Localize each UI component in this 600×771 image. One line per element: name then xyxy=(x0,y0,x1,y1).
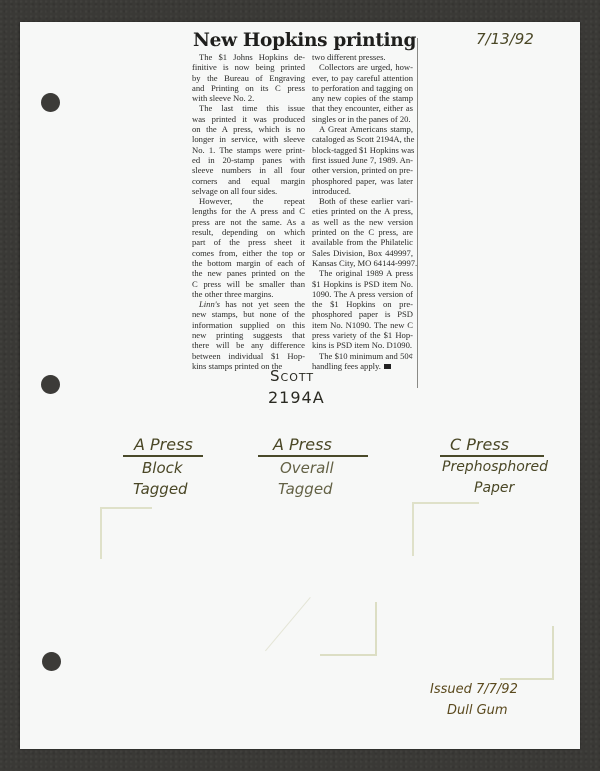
article-paragraph: Collectors are urged, how-ever, to pay c… xyxy=(312,62,413,124)
end-mark-icon xyxy=(384,364,391,369)
article-paragraph: The last time this issuewas printed it w… xyxy=(192,103,305,196)
clip-date: 7/13/92 xyxy=(476,30,534,48)
article-column-1: The $1 Johns Hopkins de-finitive is now … xyxy=(192,52,305,371)
article-paragraph: The $1 Johns Hopkins de-finitive is now … xyxy=(192,52,305,103)
article-paragraph: two different presses. xyxy=(312,52,413,62)
binder-hole-icon xyxy=(41,93,60,112)
catalog-number: 2194A xyxy=(268,388,325,407)
article-paragraph: Linn's has not yet seen thenew stamps, b… xyxy=(192,299,305,371)
binder-hole-icon xyxy=(41,375,60,394)
binder-hole-icon xyxy=(42,652,61,671)
slot-1-heading: A Press xyxy=(134,435,193,454)
article-paragraph: However, the repeatlengths for the A pre… xyxy=(192,196,305,299)
slot-3-line2: Paper xyxy=(474,480,514,496)
mount-corner xyxy=(412,502,479,556)
mount-crease xyxy=(265,597,311,651)
slot-2-underline xyxy=(258,455,368,457)
article-paragraph: The original 1989 A press$1 Hopkins is P… xyxy=(312,268,413,350)
slot-1-line1: Block xyxy=(142,459,183,477)
slot-2-line1: Overall xyxy=(280,459,334,477)
mount-corner xyxy=(100,507,152,559)
clipping-headline: New Hopkins printing xyxy=(193,30,423,51)
article-paragraph: Both of these earlier vari-eties printed… xyxy=(312,196,413,268)
article-paragraph: A Great Americans stamp,cataloged as Sco… xyxy=(312,124,413,196)
slot-2-heading: A Press xyxy=(273,435,332,454)
article-paragraph: The $10 minimum and 50¢handling fees app… xyxy=(312,351,413,372)
slot-1-underline xyxy=(123,455,203,457)
article-column-2: two different presses.Collectors are urg… xyxy=(312,52,413,371)
mount-corner xyxy=(320,602,377,656)
slot-1-line2: Tagged xyxy=(133,480,188,498)
catalog-label: Scott xyxy=(270,367,314,385)
issue-date: Issued 7/7/92 xyxy=(430,682,518,697)
column-rule xyxy=(417,38,418,388)
gum-type: Dull Gum xyxy=(447,703,508,718)
album-page: New Hopkins printing The $1 Johns Hopkin… xyxy=(20,22,580,749)
slot-2-line2: Tagged xyxy=(278,480,333,498)
slot-3-heading: C Press xyxy=(450,435,509,454)
slot-3-line1: Prephosphored xyxy=(442,459,548,475)
newspaper-clipping: New Hopkins printing The $1 Johns Hopkin… xyxy=(185,28,421,398)
mount-corner xyxy=(500,626,554,680)
slot-3-underline xyxy=(440,455,544,457)
